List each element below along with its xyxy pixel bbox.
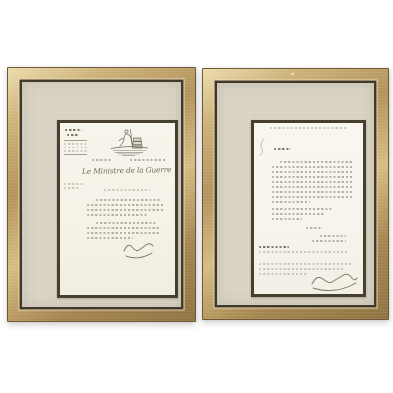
handwriting-line: [272, 208, 332, 210]
letterhead-line: [64, 143, 87, 145]
postscript-line: [259, 268, 345, 270]
letterhead-line: [65, 129, 82, 131]
letterhead-rule: [64, 140, 87, 141]
closing-line: [306, 227, 323, 229]
salutation-line: [274, 148, 291, 150]
handwriting-line: [272, 166, 354, 168]
right-frame: [202, 68, 389, 320]
handwriting-line: [259, 246, 289, 248]
left-frame: Le Ministre de la Guerre: [7, 67, 196, 322]
handwriting-line: [87, 232, 159, 234]
postscript-line: [259, 263, 351, 265]
left-document: Le Ministre de la Guerre: [60, 123, 175, 295]
handwriting-line: [96, 199, 162, 201]
handwriting-line: [270, 127, 347, 129]
handwriting-line: [272, 181, 354, 183]
republic-vignette-icon: [106, 127, 152, 157]
product-photo: Le Ministre de la Guerre: [0, 0, 393, 393]
dateline-segment: [130, 159, 166, 161]
postscript-line: [259, 273, 307, 275]
margin-flourish: [257, 137, 267, 157]
letterhead-rule: [64, 154, 87, 155]
margin-note-line: [64, 183, 84, 185]
letterhead-line: [64, 147, 87, 149]
handwriting-line: [104, 189, 150, 191]
handwriting-line: [259, 251, 347, 253]
handwriting-line: [87, 209, 165, 211]
letterhead-line: [67, 134, 79, 136]
handwriting-line: [272, 201, 310, 203]
handwriting-line: [272, 191, 354, 193]
left-fillet-window: Le Ministre de la Guerre: [57, 120, 178, 298]
right-linen-mat: [217, 83, 374, 305]
margin-note-line: [64, 187, 80, 189]
handwriting-line: [272, 176, 354, 178]
signature-flourish: [310, 272, 358, 290]
handwriting-line: [312, 240, 346, 242]
handwriting-line: [320, 235, 346, 237]
handwriting-line: [280, 161, 354, 163]
signature-flourish: [122, 239, 156, 259]
script-heading: Le Ministre de la Guerre: [82, 165, 171, 176]
handwriting-line: [87, 204, 165, 206]
right-fillet-window: [251, 120, 366, 297]
handwriting-line: [272, 171, 354, 173]
handwriting-line: [272, 186, 354, 188]
left-linen-mat: Le Ministre de la Guerre: [22, 82, 181, 307]
handwriting-line: [272, 218, 302, 220]
handwriting-line: [87, 227, 159, 229]
dateline-segment: [92, 159, 112, 161]
right-document: [254, 123, 363, 294]
handwriting-line: [87, 214, 147, 216]
letterhead-line: [64, 150, 87, 152]
handwriting-line: [272, 196, 354, 198]
handwriting-line: [96, 222, 156, 224]
frame-wear-chip: [219, 79, 221, 81]
frame-wear-chip: [291, 73, 294, 75]
handwriting-line: [272, 213, 324, 215]
